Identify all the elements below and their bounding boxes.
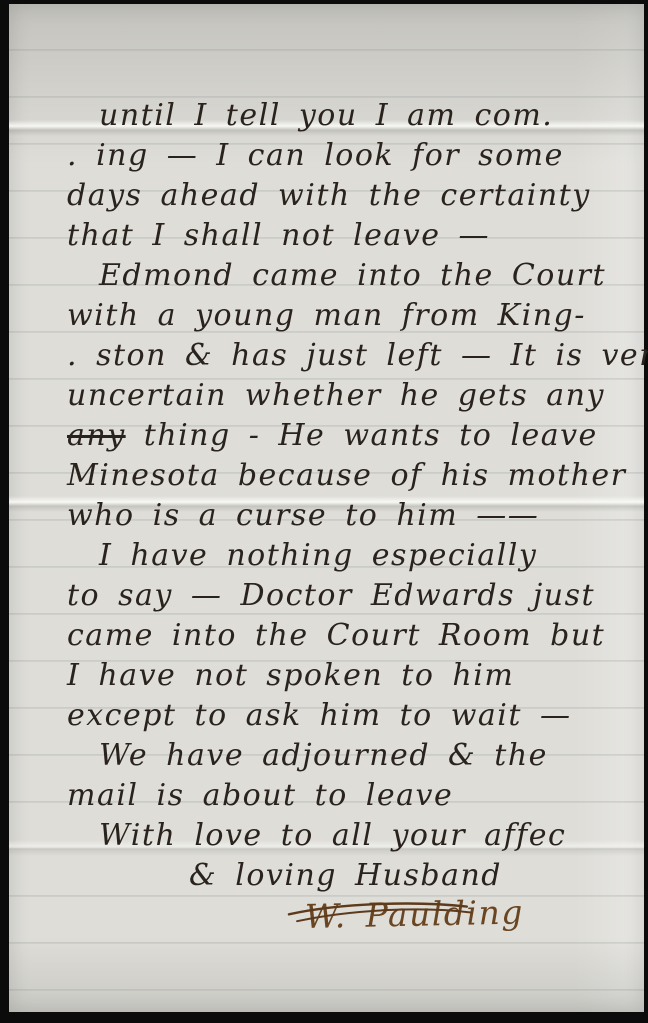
letter-line: mail is about to leave: [67, 776, 639, 816]
letter-line: that I shall not leave —: [67, 216, 639, 256]
letter-line: to say — Doctor Edwards just: [67, 576, 639, 616]
letter-line-remainder: thing - He wants to leave: [126, 418, 598, 453]
letter-line: with a young man from King-: [67, 296, 639, 336]
letter-line: came into the Court Room but: [67, 616, 639, 656]
letter-line: uncertain whether he gets any: [67, 376, 639, 416]
letter-line: except to ask him to wait —: [67, 696, 639, 736]
letter-line: days ahead with the certainty: [67, 176, 639, 216]
letter-closing-line: & loving Husband: [67, 856, 639, 896]
letter-line: . ing — I can look for some: [67, 136, 639, 176]
letter-line: I have not spoken to him: [67, 656, 639, 696]
photographed-letter: until I tell you I am com. . ing — I can…: [0, 0, 648, 1023]
signature: W. Paulding: [67, 890, 640, 942]
letter-body: until I tell you I am com. . ing — I can…: [67, 96, 639, 936]
letter-line: Edmond came into the Court: [67, 256, 639, 296]
letter-line: . ston & has just left — It is very: [67, 336, 639, 376]
letter-page: until I tell you I am com. . ing — I can…: [9, 4, 644, 1012]
letter-line: I have nothing especially: [67, 536, 639, 576]
letter-line: any thing - He wants to leave: [67, 416, 639, 456]
letter-line: With love to all your affec: [67, 816, 639, 856]
letter-line: We have adjourned & the: [67, 736, 639, 776]
letter-line: who is a curse to him ——: [67, 496, 639, 536]
letter-line: until I tell you I am com.: [67, 96, 639, 136]
letter-line: Minesota because of his mother: [67, 456, 639, 496]
struck-out-word: any: [67, 418, 126, 453]
signature-text: W. Paulding: [305, 892, 525, 936]
